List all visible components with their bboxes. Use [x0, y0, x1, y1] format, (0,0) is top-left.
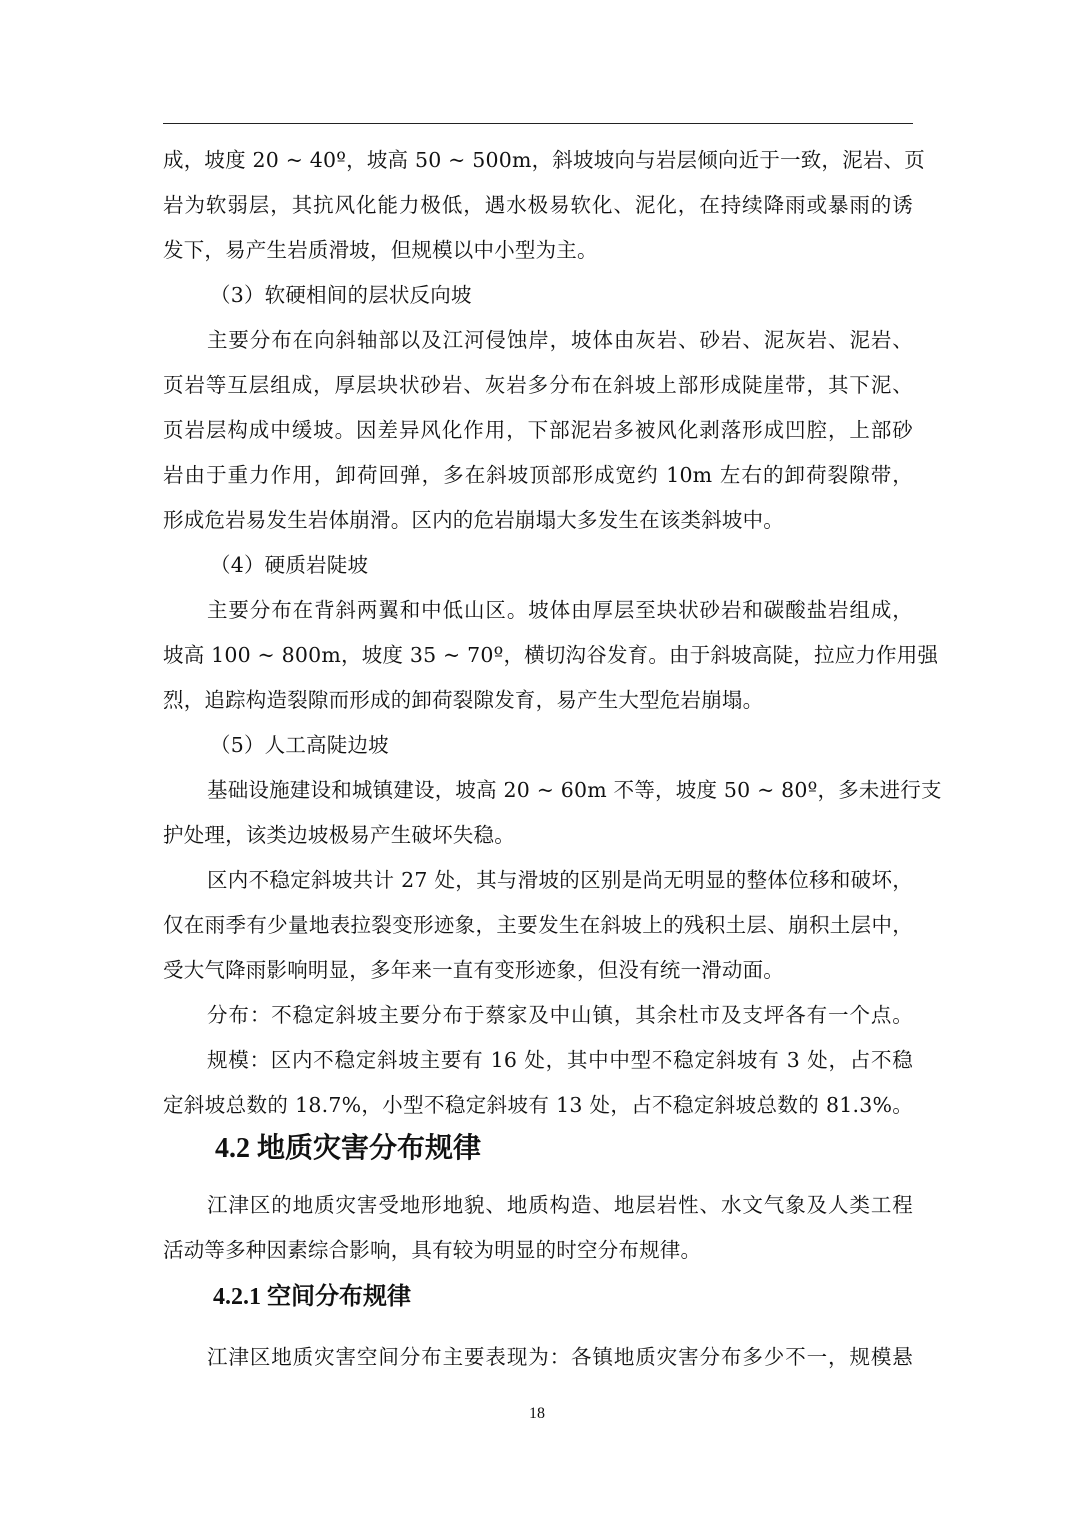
paragraph-line: 页岩等互层组成，厚层块状砂岩、灰岩多分布在斜坡上部形成陡崖带，其下泥、 [163, 373, 913, 397]
paragraph-line: 定斜坡总数的 18.7%，小型不稳定斜坡有 13 处，占不稳定斜坡总数的 81.… [163, 1093, 913, 1117]
paragraph-line: 基础设施建设和城镇建设，坡高 20 ~ 60m 不等，坡度 50 ~ 80º，多… [207, 778, 913, 802]
paragraph-line: 形成危岩易发生岩体崩滑。区内的危岩崩塌大多发生在该类斜坡中。 [163, 508, 913, 532]
paragraph-line: 护处理，该类边坡极易产生破坏失稳。 [163, 823, 913, 847]
paragraph-line: 主要分布在背斜两翼和中低山区。坡体由厚层至块状砂岩和碳酸盐岩组成， [207, 598, 913, 622]
paragraph-line: 成，坡度 20 ~ 40º，坡高 50 ~ 500m，斜坡坡向与岩层倾向近于一致… [163, 148, 913, 172]
paragraph-line: 江津区地质灾害空间分布主要表现为：各镇地质灾害分布多少不一，规模悬 [207, 1345, 913, 1369]
paragraph-line: 规模：区内不稳定斜坡主要有 16 处，其中中型不稳定斜坡有 3 处，占不稳 [207, 1048, 913, 1072]
header-rule [163, 123, 913, 124]
paragraph-line: 主要分布在向斜轴部以及江河侵蚀岸，坡体由灰岩、砂岩、泥灰岩、泥岩、 [207, 328, 913, 352]
paragraph-line: 岩为软弱层，其抗风化能力极低，遇水极易软化、泥化，在持续降雨或暴雨的诱 [163, 193, 913, 217]
paragraph-line: 页岩层构成中缓坡。因差异风化作用，下部泥岩多被风化剥落形成凹腔，上部砂 [163, 418, 913, 442]
paragraph-line: 仅在雨季有少量地表拉裂变形迹象，主要发生在斜坡上的残积土层、崩积土层中， [163, 913, 913, 937]
section-heading-4-2-1: 4.2.1 空间分布规律 [213, 1283, 411, 1311]
paragraph-line: 区内不稳定斜坡共计 27 处，其与滑坡的区别是尚无明显的整体位移和破坏， [207, 868, 913, 892]
section-heading-4-2: 4.2 地质灾害分布规律 [215, 1133, 481, 1165]
paragraph-line: 受大气降雨影响明显，多年来一直有变形迹象，但没有统一滑动面。 [163, 958, 913, 982]
paragraph-line: 活动等多种因素综合影响，具有较为明显的时空分布规律。 [163, 1238, 913, 1262]
page-number: 18 [0, 1405, 1074, 1423]
paragraph-line: 发下，易产生岩质滑坡，但规模以中小型为主。 [163, 238, 913, 262]
paragraph-line: 烈，追踪构造裂隙而形成的卸荷裂隙发育，易产生大型危岩崩塌。 [163, 688, 913, 712]
paragraph-line: 岩由于重力作用，卸荷回弹，多在斜坡顶部形成宽约 10m 左右的卸荷裂隙带， [163, 463, 913, 487]
subsection-title-3: （3）软硬相间的层状反向坡 [210, 283, 960, 307]
paragraph-line: 分布：不稳定斜坡主要分布于蔡家及中山镇，其余杜市及支坪各有一个点。 [207, 1003, 913, 1027]
paragraph-line: 江津区的地质灾害受地形地貌、地质构造、地层岩性、水文气象及人类工程 [207, 1193, 913, 1217]
subsection-title-5: （5）人工高陡边坡 [210, 733, 960, 757]
subsection-title-4: （4）硬质岩陡坡 [210, 553, 960, 577]
paragraph-line: 坡高 100 ~ 800m，坡度 35 ~ 70º，横切沟谷发育。由于斜坡高陡，… [163, 643, 913, 667]
